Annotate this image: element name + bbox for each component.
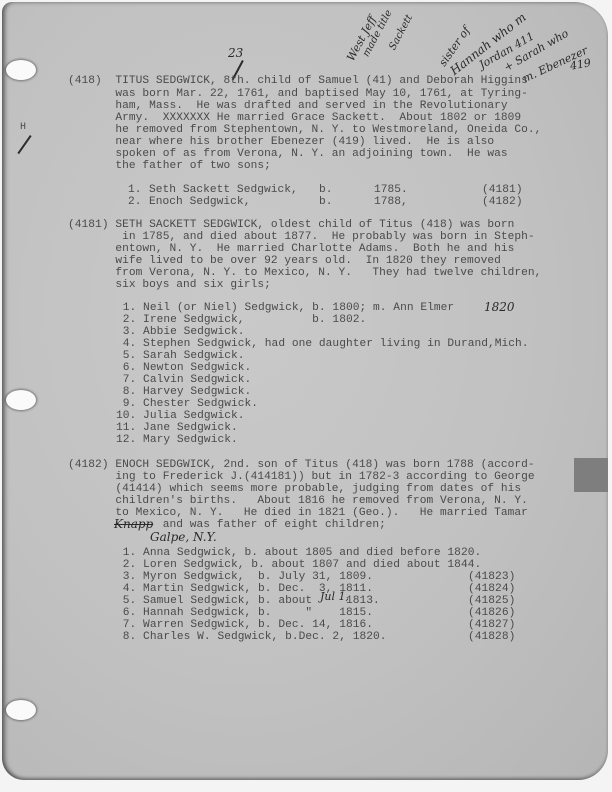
child-ref: (41826) — [468, 607, 515, 620]
entry-line: six boys and six girls; — [68, 279, 271, 292]
child-row: 2. Loren Sedgwick, b. about 1807 and die… — [116, 559, 481, 572]
punch-hole — [6, 390, 36, 410]
child-born-label: b. — [319, 196, 333, 209]
child-ref: (41827) — [468, 619, 515, 632]
handwritten-surname: Knapp — [114, 517, 153, 531]
child-row: 8. Harvey Sedgwick. — [116, 386, 251, 399]
child-row: 3. Abbie Sedgwick. — [116, 326, 245, 339]
handwritten-year: 1820 — [484, 300, 515, 314]
child-ref: (4181) — [482, 184, 523, 197]
entry-line: (418) TITUS SEDGWICK, 8th. child of Samu… — [68, 75, 528, 88]
handwritten-place: Galpe, N.Y. — [150, 530, 217, 544]
entry-line: near where his brother Ebenezer (419) li… — [68, 136, 494, 149]
child-row: 6. Hannah Sedgwick, b. " 1815. — [116, 607, 373, 620]
entry-line: he removed from Stephentown, N. Y. to We… — [68, 124, 541, 137]
entry-line: ham, Mass. He was drafted and served in … — [68, 100, 508, 113]
child-row: 8. Charles W. Sedgwick, b.Dec. 2, 1820. — [116, 631, 387, 644]
child-ref: (4182) — [482, 196, 523, 209]
child-row: 4. Stephen Sedgwick, had one daughter li… — [116, 338, 529, 351]
document-page: H West Jeff made title Sackett sister of… — [2, 2, 608, 780]
entry-line: spoken of as from Verona, N. Y. an adjoi… — [68, 148, 508, 161]
entry-line: children's births. About 1816 he removed… — [68, 495, 528, 508]
child-row: 7. Calvin Sedgwick. — [116, 374, 251, 387]
child-year: 1788, — [374, 196, 408, 209]
child-row: 11. Jane Sedgwick. — [116, 422, 238, 435]
margin-mark: H — [20, 122, 26, 133]
entry-line: entown, N. Y. He married Charlotte Adams… — [68, 243, 514, 256]
child-number: 1. — [128, 184, 142, 197]
child-row: 6. Newton Sedgwick. — [116, 362, 251, 375]
child-ref: (41828) — [468, 631, 515, 644]
entry-line: was born Mar. 22, 1761, and baptised May… — [68, 88, 528, 101]
child-born-label: b. — [319, 184, 333, 197]
handwritten-correction: Jul 1, — [320, 590, 349, 603]
entry-line: Army. XXXXXXX He married Grace Sackett. … — [68, 112, 521, 125]
handwritten-note: 419 — [569, 56, 592, 72]
entry-line: (4181) SETH SACKETT SEDGWICK, oldest chi… — [68, 219, 514, 232]
entry-line: (41414) which seems more probable, judgi… — [68, 483, 521, 496]
punch-hole — [6, 60, 36, 80]
child-row: 9. Chester Sedgwick. — [116, 398, 258, 411]
child-name: Enoch Sedgwick, — [149, 196, 250, 209]
child-row: 12. Mary Sedgwick. — [116, 434, 238, 447]
entry-line: in 1785, and died about 1877. He probabl… — [68, 231, 535, 244]
child-year: 1785. — [374, 184, 408, 197]
entry-line: the father of two sons; — [68, 160, 271, 173]
child-ref: (41823) — [468, 571, 515, 584]
child-name: Seth Sackett Sedgwick, — [149, 184, 298, 197]
index-tab — [574, 458, 608, 492]
handwritten-correction: 23 — [228, 46, 243, 60]
child-row: 3. Myron Sedgwick, b. July 31, 1809. — [116, 571, 373, 584]
entry-line: (4182) ENOCH SEDGWICK, 2nd. son of Titus… — [68, 459, 535, 472]
child-ref: (41824) — [468, 583, 515, 596]
child-row: 1. Anna Sedgwick, b. about 1805 and died… — [116, 547, 481, 560]
entry-line: from Verona, N. Y. to Mexico, N. Y. They… — [68, 267, 541, 280]
child-row: 7. Warren Sedgwick, b. Dec. 14, 1816. — [116, 619, 373, 632]
punch-hole — [6, 700, 36, 720]
child-row: 1. Neil (or Niel) Sedgwick, b. 1800; m. … — [116, 302, 454, 315]
child-row: 5. Sarah Sedgwick. — [116, 350, 245, 363]
child-number: 2. — [128, 196, 142, 209]
entry-line: wife lived to be over 92 years old. In 1… — [68, 255, 501, 268]
child-row: 10. Julia Sedgwick. — [116, 410, 245, 423]
entry-line: ing to Frederick J.(414181)) but in 1782… — [68, 471, 535, 484]
margin-tick — [17, 135, 31, 154]
child-row: 2. Irene Sedgwick, b. 1802. — [116, 314, 366, 327]
child-ref: (41825) — [468, 595, 515, 608]
